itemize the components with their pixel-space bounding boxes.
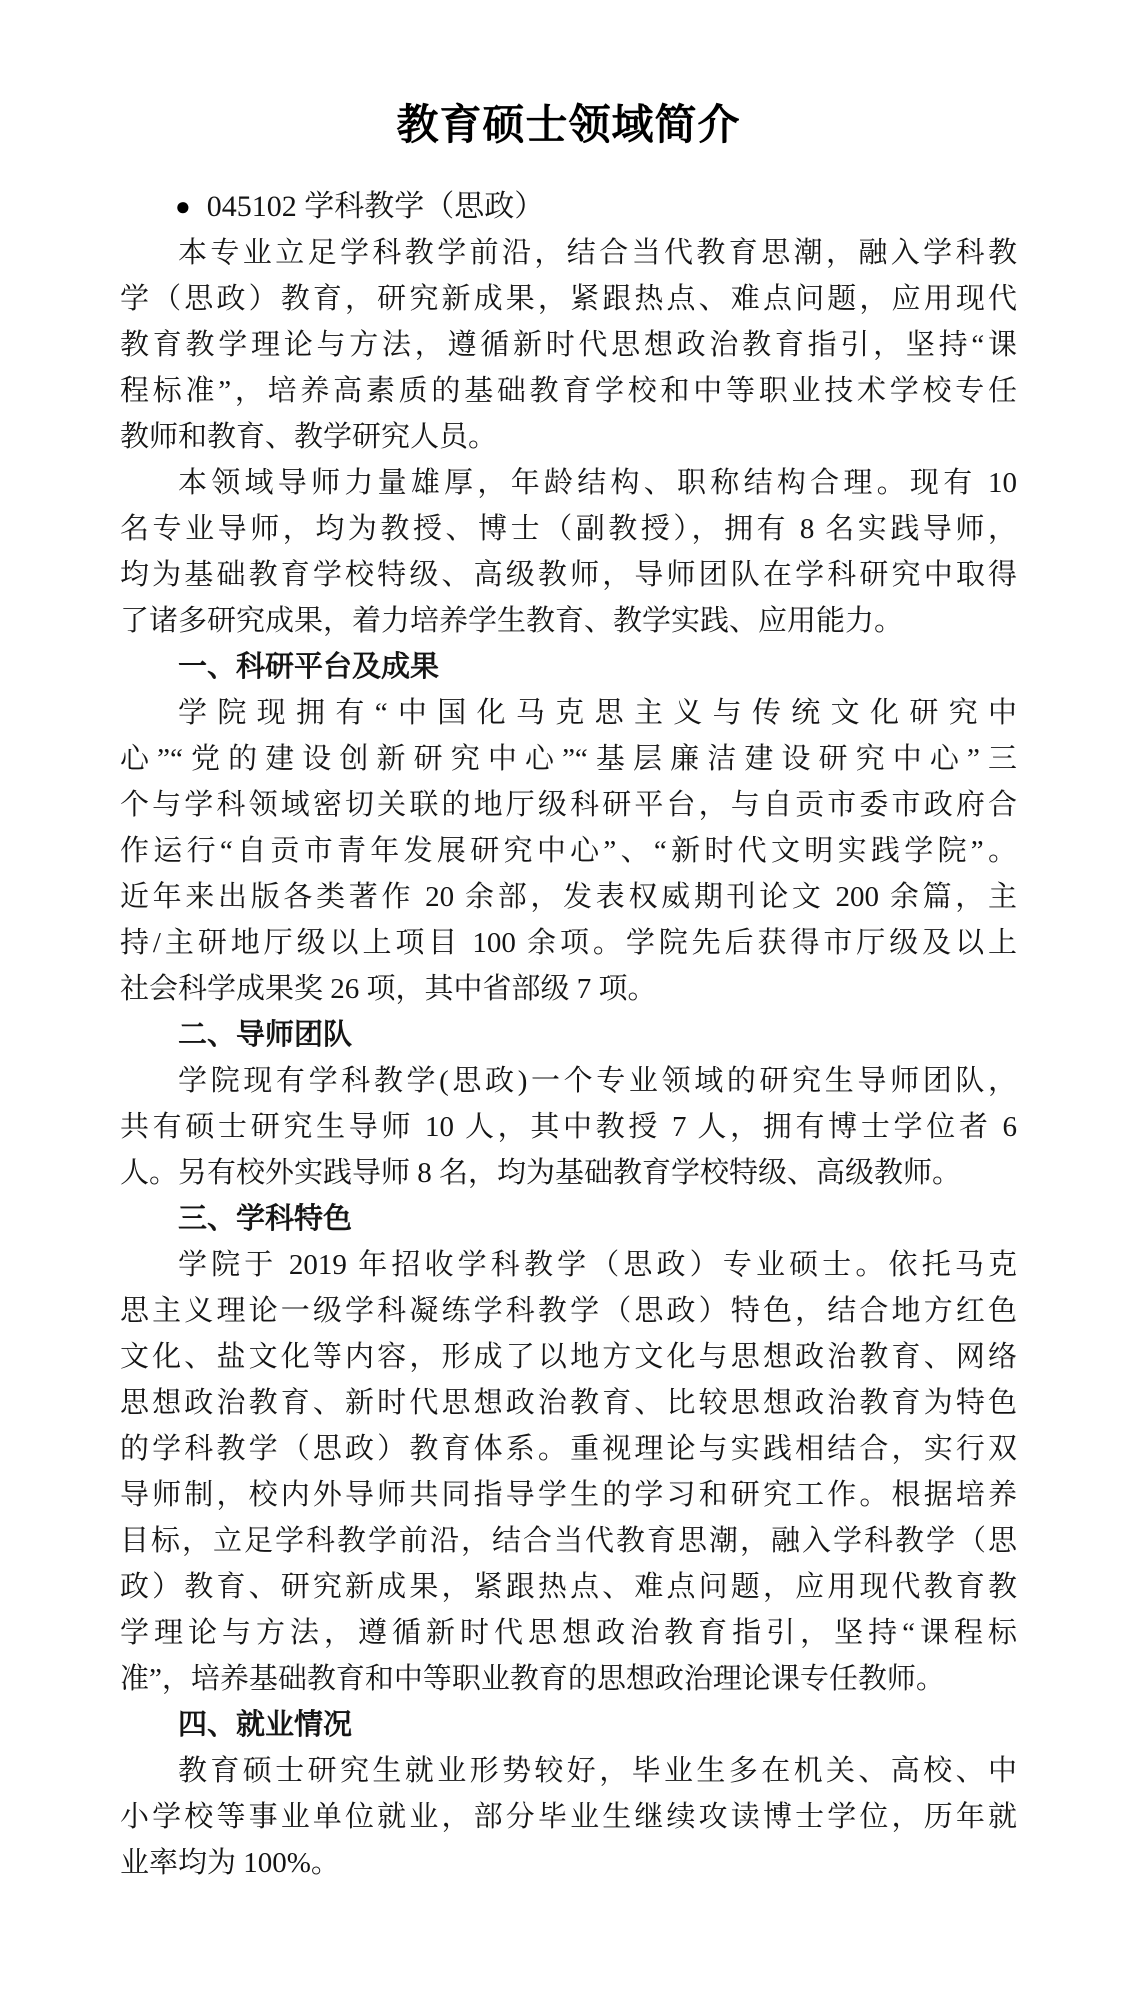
program-title: 045102 学科教学（思政） bbox=[207, 190, 545, 223]
text-line: 业率均为 100%。 bbox=[120, 1840, 1017, 1886]
text-line: 文化、盐文化等内容，形成了以地方文化与思想政治教育、网络 bbox=[120, 1334, 1017, 1380]
page-title: 教育硕士领域简介 bbox=[120, 100, 1017, 152]
text-line: 教育硕士研究生就业形势较好，毕业生多在机关、高校、中 bbox=[120, 1748, 1017, 1794]
text-line: 了诸多研究成果，着力培养学生教育、教学实践、应用能力。 bbox=[120, 598, 1017, 644]
text-line: 四、就业情况 bbox=[120, 1702, 1017, 1748]
text-line: 均为基础教育学校特级、高级教师，导师团队在学科研究中取得 bbox=[120, 552, 1017, 598]
text-line: 思想政治教育、新时代思想政治教育、比较思想政治教育为特色 bbox=[120, 1380, 1017, 1426]
text-line: 学院现拥有“中国化马克思主义与传统文化研究中 bbox=[120, 690, 1017, 736]
text-line: 学院现有学科教学(思政)一个专业领域的研究生导师团队， bbox=[120, 1058, 1017, 1104]
text-line: 思主义理论一级学科凝练学科教学（思政）特色，结合地方红色 bbox=[120, 1288, 1017, 1334]
text-line: 学院于 2019 年招收学科教学（思政）专业硕士。依托马克 bbox=[120, 1242, 1017, 1288]
bullet-icon: ● bbox=[175, 184, 191, 230]
document-body: 本专业立足学科教学前沿，结合当代教育思潮，融入学科教学（思政）教育，研究新成果，… bbox=[120, 230, 1017, 1886]
text-line: 小学校等事业单位就业，部分毕业生继续攻读博士学位，历年就 bbox=[120, 1794, 1017, 1840]
document-page: 教育硕士领域简介 ●045102 学科教学（思政） 本专业立足学科教学前沿，结合… bbox=[0, 0, 1139, 1994]
text-line: 的学科教学（思政）教育体系。重视理论与实践相结合，实行双 bbox=[120, 1426, 1017, 1472]
text-line: 本领域导师力量雄厚，年龄结构、职称结构合理。现有 10 bbox=[120, 460, 1017, 506]
text-line: 程标准”，培养高素质的基础教育学校和中等职业技术学校专任 bbox=[120, 368, 1017, 414]
text-line: 人。另有校外实践导师 8 名，均为基础教育学校特级、高级教师。 bbox=[120, 1150, 1017, 1196]
text-line: 近年来出版各类著作 20 余部，发表权威期刊论文 200 余篇，主 bbox=[120, 874, 1017, 920]
text-line: 持/主研地厅级以上项目 100 余项。学院先后获得市厅级及以上 bbox=[120, 920, 1017, 966]
text-line: 共有硕士研究生导师 10 人，其中教授 7 人，拥有博士学位者 6 bbox=[120, 1104, 1017, 1150]
text-line: 社会科学成果奖 26 项，其中省部级 7 项。 bbox=[120, 966, 1017, 1012]
text-line: 教育教学理论与方法，遵循新时代思想政治教育指引，坚持“课 bbox=[120, 322, 1017, 368]
text-line: 学理论与方法，遵循新时代思想政治教育指引，坚持“课程标 bbox=[120, 1610, 1017, 1656]
text-line: 学（思政）教育，研究新成果，紧跟热点、难点问题，应用现代 bbox=[120, 276, 1017, 322]
text-line: 政）教育、研究新成果，紧跟热点、难点问题，应用现代教育教 bbox=[120, 1564, 1017, 1610]
text-line: 心”“党的建设创新研究中心”“基层廉洁建设研究中心”三 bbox=[120, 736, 1017, 782]
text-line: 本专业立足学科教学前沿，结合当代教育思潮，融入学科教 bbox=[120, 230, 1017, 276]
text-line: 名专业导师，均为教授、博士（副教授），拥有 8 名实践导师， bbox=[120, 506, 1017, 552]
text-line: 教师和教育、教学研究人员。 bbox=[120, 414, 1017, 460]
text-line: 个与学科领域密切关联的地厅级科研平台，与自贡市委市政府合 bbox=[120, 782, 1017, 828]
text-line: 二、导师团队 bbox=[120, 1012, 1017, 1058]
text-line: 作运行“自贡市青年发展研究中心”、“新时代文明实践学院”。 bbox=[120, 828, 1017, 874]
text-line: 一、科研平台及成果 bbox=[120, 644, 1017, 690]
program-item: ●045102 学科教学（思政） bbox=[120, 184, 1017, 230]
text-line: 准”，培养基础教育和中等职业教育的思想政治理论课专任教师。 bbox=[120, 1656, 1017, 1702]
text-line: 目标，立足学科教学前沿，结合当代教育思潮，融入学科教学（思 bbox=[120, 1518, 1017, 1564]
text-line: 三、学科特色 bbox=[120, 1196, 1017, 1242]
text-line: 导师制，校内外导师共同指导学生的学习和研究工作。根据培养 bbox=[120, 1472, 1017, 1518]
